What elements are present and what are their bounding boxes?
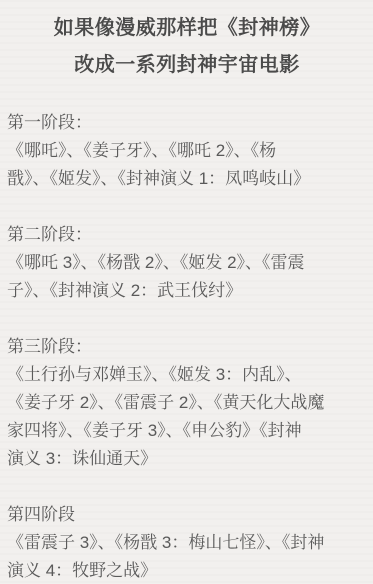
phase-1-line-2: 戬》、《姬发》、《封神演义 1：凤鸣岐山》 — [7, 165, 367, 193]
phase-4-line-2: 演义 4：牧野之战》 — [7, 557, 367, 584]
article: 如果像漫威那样把《封神榜》 改成一系列封神宇宙电影 第一阶段： 《哪吒》、《姜子… — [0, 0, 373, 584]
phase-2-line-1: 《哪吒 3》、《杨戬 2》、《姬发 2》、《雷震 — [7, 249, 367, 277]
phase-3-line-2: 《姜子牙 2》、《雷震子 2》、《黄天化大战魔 — [7, 389, 367, 417]
article-title-line-1: 如果像漫威那样把《封神榜》 — [7, 10, 367, 47]
phase-1-line-1: 《哪吒》、《姜子牙》、《哪吒 2》、《杨 — [7, 137, 367, 165]
phase-3-label: 第三阶段： — [7, 333, 367, 361]
phase-4: 第四阶段 《雷震子 3》、《杨戬 3：梅山七怪》、《封神 演义 4：牧野之战》 — [7, 501, 367, 584]
phase-4-line-1: 《雷震子 3》、《杨戬 3：梅山七怪》、《封神 — [7, 529, 367, 557]
phase-4-label: 第四阶段 — [7, 501, 367, 529]
phase-3: 第三阶段： 《土行孙与邓婵玉》、《姬发 3：内乱》、 《姜子牙 2》、《雷震子 … — [7, 333, 367, 473]
phase-2: 第二阶段： 《哪吒 3》、《杨戬 2》、《姬发 2》、《雷震 子》、《封神演义 … — [7, 221, 367, 305]
article-title: 如果像漫威那样把《封神榜》 改成一系列封神宇宙电影 — [7, 10, 367, 84]
article-title-line-2: 改成一系列封神宇宙电影 — [7, 47, 367, 84]
phase-1: 第一阶段： 《哪吒》、《姜子牙》、《哪吒 2》、《杨 戬》、《姬发》、《封神演义… — [7, 109, 367, 193]
phase-2-line-2: 子》、《封神演义 2：武王伐纣》 — [7, 277, 367, 305]
phase-1-label: 第一阶段： — [7, 109, 367, 137]
phase-3-line-4: 演义 3：诛仙通天》 — [7, 445, 367, 473]
phase-2-label: 第二阶段： — [7, 221, 367, 249]
phase-3-line-3: 家四将》、《姜子牙 3》、《申公豹》《封神 — [7, 417, 367, 445]
phase-3-line-1: 《土行孙与邓婵玉》、《姬发 3：内乱》、 — [7, 361, 367, 389]
